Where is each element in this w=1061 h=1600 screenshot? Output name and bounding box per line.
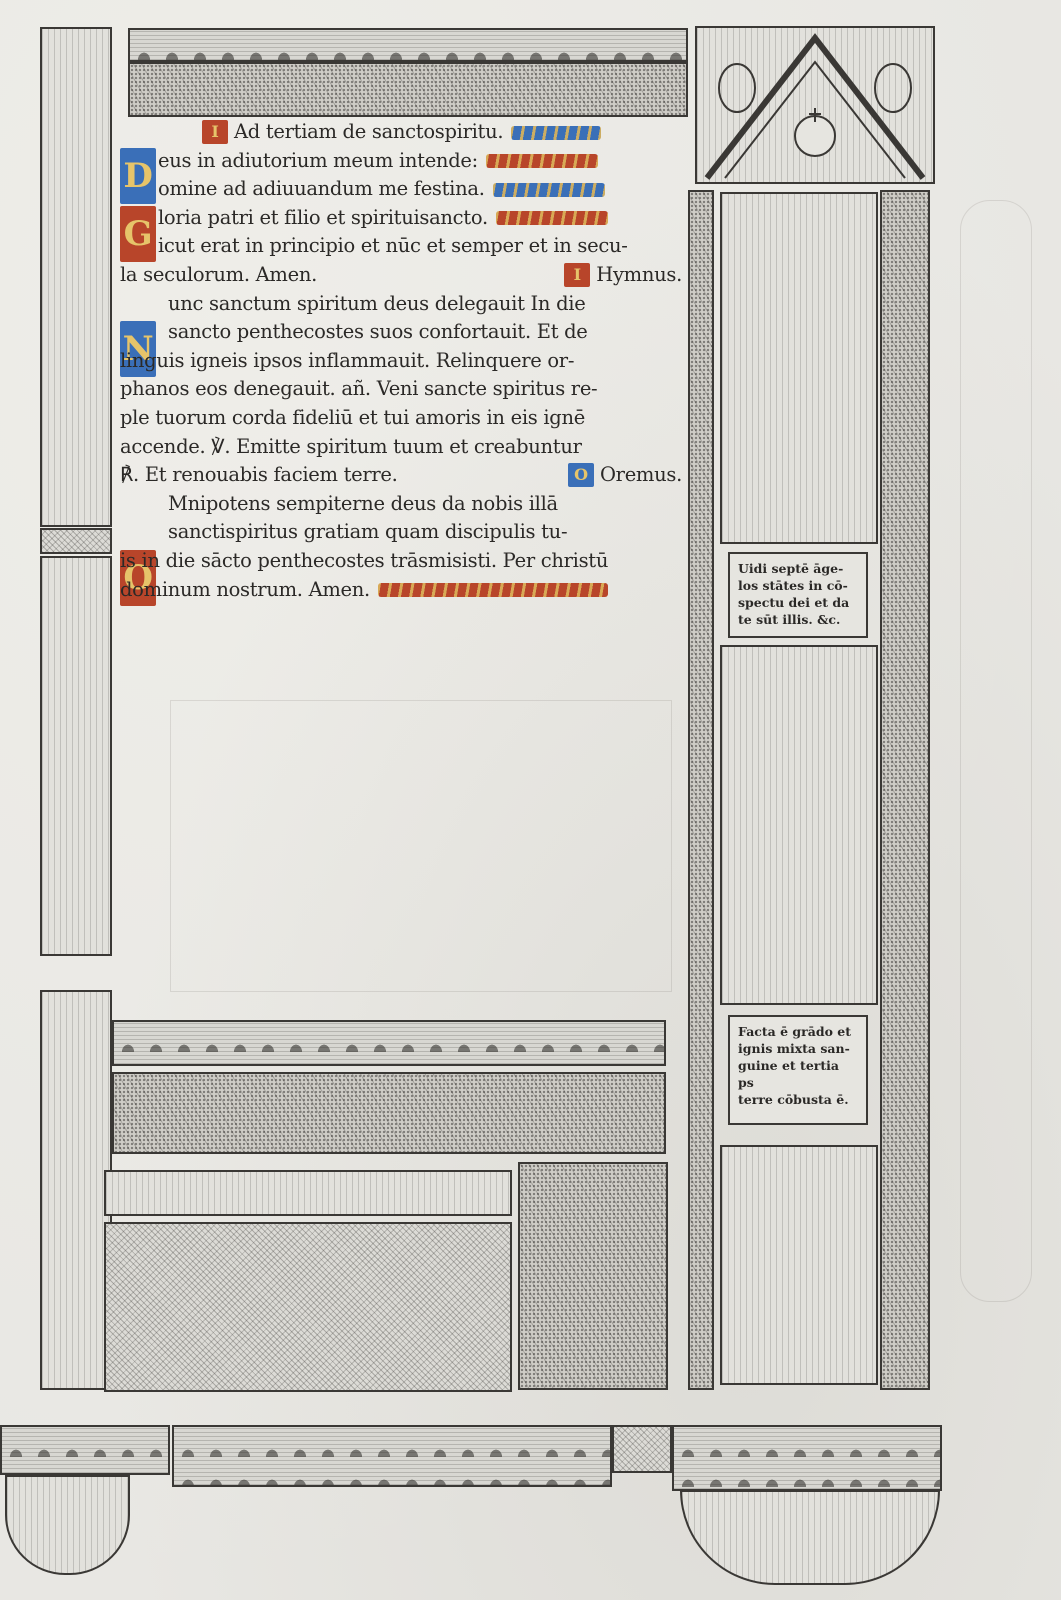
right-scene-kneeling-bishops: Kneeling bishops and clerics in prayer b… — [720, 1145, 878, 1385]
text-line-1: IAd tertiam de sanctospiritu. — [120, 118, 682, 147]
initial-O-blue: O — [568, 463, 594, 487]
left-border-panel-hooded-figure: Standing figure in hood and robe — [40, 990, 112, 1390]
text-line-15: sanctispiritus gratiam quam discipulis t… — [120, 518, 682, 547]
text-line-4: loria patri et filio et spirituisancto. — [120, 204, 682, 233]
text-line-7: unc sanctum spiritum deus delegauit In d… — [120, 290, 682, 319]
base-right-cornice — [672, 1425, 942, 1491]
line-filler-red — [378, 583, 608, 597]
text-line-10: phanos eos denegauit. añ. Veni sancte sp… — [120, 375, 682, 404]
top-frieze-arcade — [128, 28, 688, 62]
bottom-rosette-band: Rosette band — [104, 1170, 512, 1216]
text-line-5: icut erat in principio et nūc et semper … — [120, 232, 682, 261]
base-center-right-connector — [612, 1425, 672, 1473]
right-caption-hail-and-fire: Facta ē grādo et ignis mixta san- guine … — [728, 1015, 868, 1125]
oremus-heading: OOremus. — [568, 461, 682, 490]
right-scene-christ-enthroned: Christ enthroned with book, surrounded b… — [720, 192, 878, 544]
left-border-divider — [40, 528, 112, 554]
liturgical-text-block: D G N O IAd tertiam de sanctospiritu. eu… — [120, 118, 682, 604]
text-line-8: sancto penthecostes suos confortauit. Et… — [120, 318, 682, 347]
initial-I-red: I — [202, 120, 228, 144]
hymnus-heading: IHymnus. — [564, 261, 682, 290]
right-border-foliage-outer — [880, 190, 930, 1390]
line-filler-blue — [511, 126, 601, 140]
text-line-12: accende. ℣. Emitte spiritum tuum et crea… — [120, 433, 682, 462]
line-filler-red — [486, 154, 598, 168]
text-line-17: dominum nostrum. Amen. — [120, 576, 682, 605]
line-filler-blue — [493, 183, 605, 197]
text-line-6: la seculorum. Amen. IHymnus. — [120, 261, 682, 290]
bottom-putti-panel: Putti among foliage — [104, 1222, 512, 1392]
top-right-gable-christ: Gable with half-length Christ (cross-nim… — [695, 26, 935, 184]
left-border-panel-prophet: Standing prophet in pointed hat holding … — [40, 27, 112, 527]
initial-I-red: I — [564, 263, 590, 287]
bottom-foliate-scroll: Foliate scroll with flowers — [112, 1072, 666, 1154]
right-scene-angel-censer: Angel with censer at altar; elders and f… — [720, 645, 878, 1005]
text-line-13: ℟. Et renouabis faciem terre. OOremus. — [120, 461, 682, 490]
top-frieze-scrollwork: Foliate scrollwork with dolphins and flo… — [128, 62, 688, 117]
base-left-cornice — [0, 1425, 170, 1475]
bottom-acanthus-frieze: Acanthus frieze — [112, 1020, 666, 1066]
left-border-panel-apostle: Standing apostle holding book — [40, 556, 112, 956]
right-caption-seven-angels: Uidi septē āge- los stātes in cō- spectu… — [728, 552, 868, 638]
text-line-14: Mnipotens sempiterne deus da nobis illā — [120, 490, 682, 519]
bottom-dragon-panel: Dragon in foliage — [518, 1162, 668, 1390]
base-right-corbel-wildman: Corbel with wild man and beast — [680, 1490, 940, 1585]
base-left-corbel-mermaid: Corbel with mermaid — [5, 1475, 130, 1575]
text-line-3: omine ad adiuuandum me festina. — [120, 175, 682, 204]
text-line-9: linguis igneis ipsos inflammauit. Relinq… — [120, 347, 682, 376]
text-line-16: is in die sācto penthecostes trāsmisisti… — [120, 547, 682, 576]
text-line-11: ple tuorum corda fideliū et tui amoris i… — [120, 404, 682, 433]
right-border-foliage-inner — [688, 190, 714, 1390]
text-line-2: eus in adiutorium meum intende: — [120, 147, 682, 176]
line-filler-red — [496, 211, 608, 225]
base-center-cornice — [172, 1425, 612, 1487]
